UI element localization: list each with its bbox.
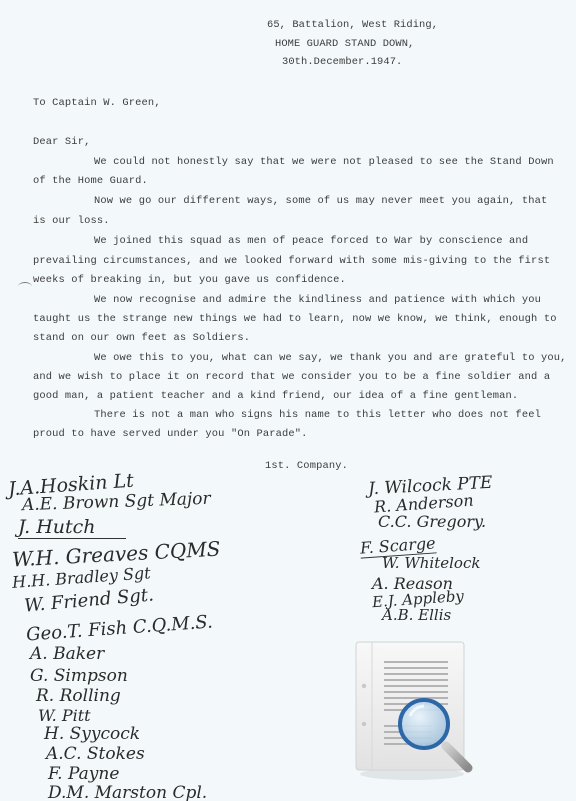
signature: Geo.T. Fish C.Q.M.S. <box>25 612 213 646</box>
signature: D.M. Marston Cpl. <box>48 783 207 801</box>
body-line: and we wish to place it on record that w… <box>33 371 550 383</box>
signature: C.C. Gregory. <box>378 512 486 531</box>
signature: A.B. Ellis <box>382 606 451 624</box>
signature: A. Baker <box>30 644 104 664</box>
body-line: weeks of breaking in, but you gave us co… <box>33 274 346 286</box>
body-line: good man, a patient teacher and a kind f… <box>33 390 518 402</box>
signature: H. Syycock <box>44 724 140 744</box>
margin-mark <box>18 282 32 291</box>
body-line: is our loss. <box>33 215 110 227</box>
letter-date: 30th.December.1947. <box>282 56 402 68</box>
signature: R. Rolling <box>36 686 121 706</box>
address-line-2: HOME GUARD STAND DOWN, <box>275 38 414 50</box>
signature: J. Hutch <box>18 516 126 539</box>
signature: W. Whitelock <box>382 554 480 572</box>
recipient: To Captain W. Green, <box>33 97 161 109</box>
body-line: prevailing circumstances, and we looked … <box>33 255 550 267</box>
body-line: taught us the strange new things we had … <box>33 313 557 325</box>
body-line: We now recognise and admire the kindline… <box>94 294 541 306</box>
body-line: We could not honestly say that we were n… <box>94 156 554 168</box>
body-line: Now we go our different ways, some of us… <box>94 195 547 207</box>
letter-document: 65, Battalion, West Riding, HOME GUARD S… <box>0 0 576 801</box>
document-magnifier-icon[interactable] <box>352 636 482 786</box>
salutation: Dear Sir, <box>33 136 90 148</box>
body-line: We joined this squad as men of peace for… <box>94 235 528 247</box>
body-line: There is not a man who signs his name to… <box>94 409 541 421</box>
address-line-1: 65, Battalion, West Riding, <box>267 19 438 31</box>
body-line: We owe this to you, what can we say, we … <box>94 352 567 364</box>
signature: F. Payne <box>48 764 119 784</box>
body-line: of the Home Guard. <box>33 175 148 187</box>
company-label: 1st. Company. <box>265 460 348 472</box>
signature: A.C. Stokes <box>46 744 145 764</box>
body-line: stand on our own feet as Soldiers. <box>33 332 250 344</box>
signature: W. Pitt <box>38 706 91 725</box>
body-line: proud to have served under you "On Parad… <box>33 428 308 440</box>
signature: G. Simpson <box>30 666 128 686</box>
